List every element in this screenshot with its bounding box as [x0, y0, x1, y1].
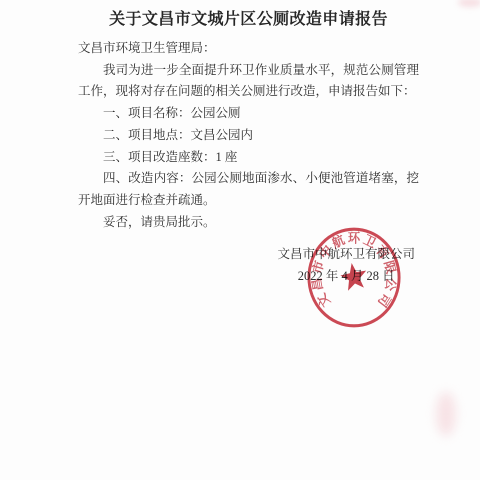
- scan-smudge: [436, 392, 456, 436]
- salutation: 文昌市环境卫生管理局：: [78, 38, 419, 60]
- document-page: 关于文昌市文城片区公厕改造申请报告 文昌市环境卫生管理局： 我司为进一步全面提升…: [0, 0, 480, 480]
- document-title: 关于文昌市文城片区公厕改造申请报告: [78, 8, 419, 32]
- item-renovation-content: 四、改造内容：公园公厕地面渗水、小便池管道堵塞，挖开地面进行检查并疏通。: [78, 168, 419, 211]
- document-body: 关于文昌市文城片区公厕改造申请报告 文昌市环境卫生管理局： 我司为进一步全面提升…: [78, 8, 419, 233]
- signature-block: 文昌市中航环卫有限公司 2022 年 4 月 28 日: [277, 244, 415, 287]
- seal-arc-char: 司: [375, 291, 393, 310]
- seal-arc-char: 文: [314, 290, 333, 310]
- intro-paragraph: 我司为进一步全面提升环卫作业质量水平，规范公厕管理工作，现将对存在问题的相关公厕…: [78, 60, 419, 103]
- scan-smudge: [458, 0, 480, 7]
- signature-company: 文昌市中航环卫有限公司: [277, 244, 415, 266]
- item-project-location: 二、项目地点：文昌公园内: [78, 125, 419, 147]
- item-project-count: 三、项目改造座数：1 座: [78, 147, 419, 169]
- closing-line: 妥否，请贵局批示。: [78, 212, 419, 234]
- signature-date: 2022 年 4 月 28 日: [277, 266, 415, 288]
- item-project-name: 一、项目名称：公园公厕: [78, 103, 419, 125]
